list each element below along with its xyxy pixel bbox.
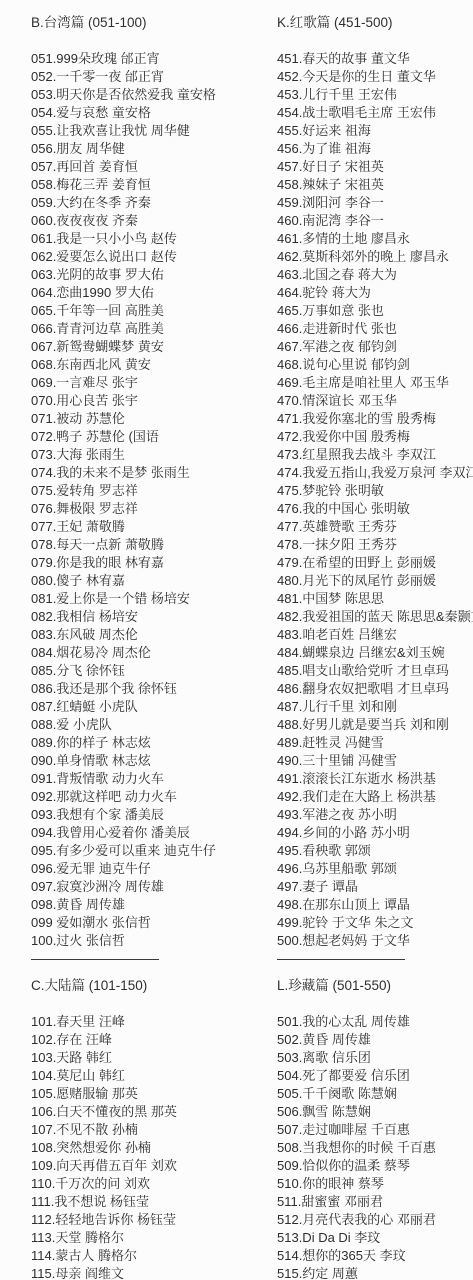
song-list-item: 059.大约在冬季 齐秦 — [31, 194, 263, 212]
song-list-item: 480.月光下的凤尾竹 彭丽媛 — [277, 572, 473, 590]
song-list-item: 054.爱与哀愁 童安格 — [31, 104, 263, 122]
song-list: 451.春天的故事 董文华452.今天是你的生日 董文华453.儿行千里 王宏伟… — [277, 50, 473, 950]
song-list-item: 491.滚滚长江东逝水 杨洪基 — [277, 770, 473, 788]
song-list-item: 057.再回首 姜育恒 — [31, 158, 263, 176]
song-list-item: 079.你是我的眼 林宥嘉 — [31, 554, 263, 572]
song-list-item: 471.我爱你塞北的雪 殷秀梅 — [277, 410, 473, 428]
song-list-item: 475.梦驼铃 张明敏 — [277, 482, 473, 500]
song-list-item: 064.恋曲1990 罗大佑 — [31, 284, 263, 302]
song-list-item: 097.寂寞沙洲冷 周传雄 — [31, 878, 263, 896]
section-header: B.台湾篇 (051-100) — [31, 14, 263, 32]
song-list-item: 468.说句心里说 郁钧剑 — [277, 356, 473, 374]
song-list-item: 071.被动 苏慧伦 — [31, 410, 263, 428]
song-list-item: 474.我爱五指山,我爱万泉河 李双江 — [277, 464, 473, 482]
song-list-item: 070.用心良苦 张宇 — [31, 392, 263, 410]
song-list-item: 096.爱无罪 迪克牛仔 — [31, 860, 263, 878]
section-header: C.大陆篇 (101-150) — [31, 977, 263, 995]
song-list-item: 498.在那东山顶上 谭晶 — [277, 896, 473, 914]
song-list-item: 453.儿行千里 王宏伟 — [277, 86, 473, 104]
song-list-item: 464.驼铃 蒋大为 — [277, 284, 473, 302]
song-list-item: 511.甜蜜蜜 邓丽君 — [277, 1193, 473, 1211]
song-list-item: 458.辣妹子 宋祖英 — [277, 176, 473, 194]
section-divider — [277, 959, 405, 960]
song-list-item: 477.英雄赞歌 王秀芬 — [277, 518, 473, 536]
left-column: B.台湾篇 (051-100)051.999朵玫瑰 邰正宵052.一千零一夜 邰… — [31, 14, 263, 1280]
song-list-item: 515.约定 周蕙 — [277, 1265, 473, 1280]
song-list-item: 469.毛主席是咱社里人 邓玉华 — [277, 374, 473, 392]
song-list-item: 490.三十里铺 冯健雪 — [277, 752, 473, 770]
song-list-item: 457.好日子 宋祖英 — [277, 158, 473, 176]
song-list-item: 459.浏阳河 李谷一 — [277, 194, 473, 212]
song-list-item: 089.你的样子 林志炫 — [31, 734, 263, 752]
song-list-item: 507.走过咖啡屋 千百惠 — [277, 1121, 473, 1139]
song-list-item: 100.过火 张信哲 — [31, 932, 263, 950]
song-list-item: 466.走进新时代 张也 — [277, 320, 473, 338]
song-list-item: 081.爱上你是一个错 杨培安 — [31, 590, 263, 608]
song-list-item: 486.翻身农奴把歌唱 才旦卓玛 — [277, 680, 473, 698]
song-list-item: 113.天堂 腾格尔 — [31, 1229, 263, 1247]
song-list-item: 115.母亲 阎维文 — [31, 1265, 263, 1280]
song-list-item: 454.战士歌唱毛主席 王宏伟 — [277, 104, 473, 122]
song-list-item: 505.千千阕歌 陈慧娴 — [277, 1085, 473, 1103]
song-list-item: 060.夜夜夜夜 齐秦 — [31, 212, 263, 230]
song-list-item: 077.王妃 萧敬腾 — [31, 518, 263, 536]
song-list-item: 061.我是一只小小鸟 赵传 — [31, 230, 263, 248]
song-list-item: 105.愿赌服输 那英 — [31, 1085, 263, 1103]
song-list-item: 460.南泥湾 李谷一 — [277, 212, 473, 230]
song-list-item: 087.红蜻蜓 小虎队 — [31, 698, 263, 716]
song-list-item: 494.乡间的小路 苏小明 — [277, 824, 473, 842]
song-list: 051.999朵玫瑰 邰正宵052.一千零一夜 邰正宵053.明天你是否依然爱我… — [31, 50, 263, 950]
song-list-item: 473.红星照我去战斗 李双江 — [277, 446, 473, 464]
song-list-item: 062.爱要怎么说出口 赵传 — [31, 248, 263, 266]
section-header: K.红歌篇 (451-500) — [277, 14, 473, 32]
song-list-item: 056.朋友 周华健 — [31, 140, 263, 158]
song-list-item: 492.我们走在大路上 杨洪基 — [277, 788, 473, 806]
song-list-item: 107.不见不散 孙楠 — [31, 1121, 263, 1139]
song-list-item: 114.蒙古人 腾格尔 — [31, 1247, 263, 1265]
song-list-item: 112.轻轻地告诉你 杨钰莹 — [31, 1211, 263, 1229]
song-list-item: 470.情深谊长 邓玉华 — [277, 392, 473, 410]
song-list-item: 078.每天一点新 萧敬腾 — [31, 536, 263, 554]
song-list-item: 091.背叛情歌 动力火车 — [31, 770, 263, 788]
song-list-item: 510.你的眼神 蔡琴 — [277, 1175, 473, 1193]
song-list-item: 106.白天不懂夜的黑 那英 — [31, 1103, 263, 1121]
song-list-item: 068.东南西北风 黄安 — [31, 356, 263, 374]
song-list-item: 111.我不想说 杨钰莹 — [31, 1193, 263, 1211]
song-list-item: 055.让我欢喜让我忧 周华健 — [31, 122, 263, 140]
song-list-item: 455.好运来 祖海 — [277, 122, 473, 140]
song-list-item: 109.向天再借五百年 刘欢 — [31, 1157, 263, 1175]
song-list-item: 110.千万次的问 刘欢 — [31, 1175, 263, 1193]
song-list-item: 499.驼铃 于文华 朱之文 — [277, 914, 473, 932]
song-list-item: 465.万事如意 张也 — [277, 302, 473, 320]
song-list-item: 067.新鸳鸯蝴蝶梦 黄安 — [31, 338, 263, 356]
song-list-item: 500.想起老妈妈 于文华 — [277, 932, 473, 950]
song-list-item: 456.为了谁 祖海 — [277, 140, 473, 158]
song-list-item: 095.有多少爱可以重来 迪克牛仔 — [31, 842, 263, 860]
song-list-item: 508.当我想你的时候 千百惠 — [277, 1139, 473, 1157]
song-list-item: 512.月亮代表我的心 邓丽君 — [277, 1211, 473, 1229]
song-list-item: 483.咱老百姓 吕继宏 — [277, 626, 473, 644]
song-list-item: 066.青青河边草 高胜美 — [31, 320, 263, 338]
song-list-item: 072.鸭子 苏慧伦 (国语 — [31, 428, 263, 446]
song-list-item: 504.死了都要爱 信乐团 — [277, 1067, 473, 1085]
right-column: K.红歌篇 (451-500)451.春天的故事 董文华452.今天是你的生日 … — [277, 14, 473, 1280]
song-list-item: 080.傻子 林宥嘉 — [31, 572, 263, 590]
song-list-item: 495.看秧歌 郭颂 — [277, 842, 473, 860]
song-list-item: 485.唱支山歌给党听 才旦卓玛 — [277, 662, 473, 680]
song-list-item: 497.妻子 谭晶 — [277, 878, 473, 896]
song-list-item: 484.蝴蝶泉边 吕继宏&刘玉婉 — [277, 644, 473, 662]
section-header: L.珍藏篇 (501-550) — [277, 977, 473, 995]
song-list-item: 053.明天你是否依然爱我 童安格 — [31, 86, 263, 104]
song-list-item: 478.一抹夕阳 王秀芬 — [277, 536, 473, 554]
song-list-item: 476.我的中国心 张明敏 — [277, 500, 473, 518]
song-list-item: 069.一言难尽 张宇 — [31, 374, 263, 392]
song-list-item: 099 爱如潮水 张信哲 — [31, 914, 263, 932]
section-divider — [31, 959, 159, 960]
song-list-item: 098.黄昏 周传雄 — [31, 896, 263, 914]
song-list-item: 085.分飞 徐怀钰 — [31, 662, 263, 680]
song-list-page: B.台湾篇 (051-100)051.999朵玫瑰 邰正宵052.一千零一夜 邰… — [0, 0, 473, 1280]
song-list-item: 073.大海 张雨生 — [31, 446, 263, 464]
song-list-item: 461.多情的土地 廖昌永 — [277, 230, 473, 248]
song-list-item: 092.那就这样吧 动力火车 — [31, 788, 263, 806]
song-list: 501.我的心太乱 周传雄502.黄昏 周传雄503.离歌 信乐团504.死了都… — [277, 1013, 473, 1280]
song-list-item: 493.军港之夜 苏小明 — [277, 806, 473, 824]
song-list-item: 084.烟花易冷 周杰伦 — [31, 644, 263, 662]
song-list-item: 104.莫尼山 韩红 — [31, 1067, 263, 1085]
song-list-item: 090.单身情歌 林志炫 — [31, 752, 263, 770]
song-list-item: 509.恰似你的温柔 蔡琴 — [277, 1157, 473, 1175]
song-list-item: 479.在希望的田野上 彭丽媛 — [277, 554, 473, 572]
song-list-item: 108.突然想爱你 孙楠 — [31, 1139, 263, 1157]
song-list-item: 501.我的心太乱 周传雄 — [277, 1013, 473, 1031]
song-list-item: 076.舞极限 罗志祥 — [31, 500, 263, 518]
song-list-item: 481.中国梦 陈思思 — [277, 590, 473, 608]
song-list-item: 452.今天是你的生日 董文华 — [277, 68, 473, 86]
song-list-item: 065.千年等一回 高胜美 — [31, 302, 263, 320]
song-list-item: 451.春天的故事 董文华 — [277, 50, 473, 68]
song-list: 101.春天里 汪峰102.存在 汪峰103.天路 韩红104.莫尼山 韩红10… — [31, 1013, 263, 1280]
song-list-item: 467.军港之夜 郁钧剑 — [277, 338, 473, 356]
song-list-item: 506.飘雪 陈慧娴 — [277, 1103, 473, 1121]
song-list-item: 488.好男儿就是要当兵 刘和刚 — [277, 716, 473, 734]
song-list-item: 472.我爱你中国 殷秀梅 — [277, 428, 473, 446]
song-list-item: 514.想你的365天 李玟 — [277, 1247, 473, 1265]
song-list-item: 088.爱 小虎队 — [31, 716, 263, 734]
song-list-item: 094.我曾用心爱着你 潘美辰 — [31, 824, 263, 842]
song-list-item: 487.儿行千里 刘和刚 — [277, 698, 473, 716]
song-list-item: 051.999朵玫瑰 邰正宵 — [31, 50, 263, 68]
song-list-item: 462.莫斯科郊外的晚上 廖昌永 — [277, 248, 473, 266]
song-list-item: 482.我爱祖国的蓝天 陈思思&秦颢文 — [277, 608, 473, 626]
song-list-item: 463.北国之春 蒋大为 — [277, 266, 473, 284]
song-list-item: 052.一千零一夜 邰正宵 — [31, 68, 263, 86]
song-list-item: 083.东风破 周杰伦 — [31, 626, 263, 644]
song-list-item: 074.我的未来不是梦 张雨生 — [31, 464, 263, 482]
song-list-item: 496.乌苏里船歌 郭颂 — [277, 860, 473, 878]
song-list-item: 103.天路 韩红 — [31, 1049, 263, 1067]
song-list-item: 075.爱转角 罗志祥 — [31, 482, 263, 500]
song-list-item: 082.我相信 杨培安 — [31, 608, 263, 626]
song-list-item: 058.梅花三弄 姜育恒 — [31, 176, 263, 194]
song-list-item: 489.赶牲灵 冯健雪 — [277, 734, 473, 752]
song-list-item: 503.离歌 信乐团 — [277, 1049, 473, 1067]
song-list-item: 086.我还是那个我 徐怀钰 — [31, 680, 263, 698]
song-list-item: 093.我想有个家 潘美辰 — [31, 806, 263, 824]
song-list-item: 063.光阴的故事 罗大佑 — [31, 266, 263, 284]
song-list-item: 502.黄昏 周传雄 — [277, 1031, 473, 1049]
song-list-item: 101.春天里 汪峰 — [31, 1013, 263, 1031]
song-list-item: 102.存在 汪峰 — [31, 1031, 263, 1049]
song-list-item: 513.Di Da Di 李玟 — [277, 1229, 473, 1247]
